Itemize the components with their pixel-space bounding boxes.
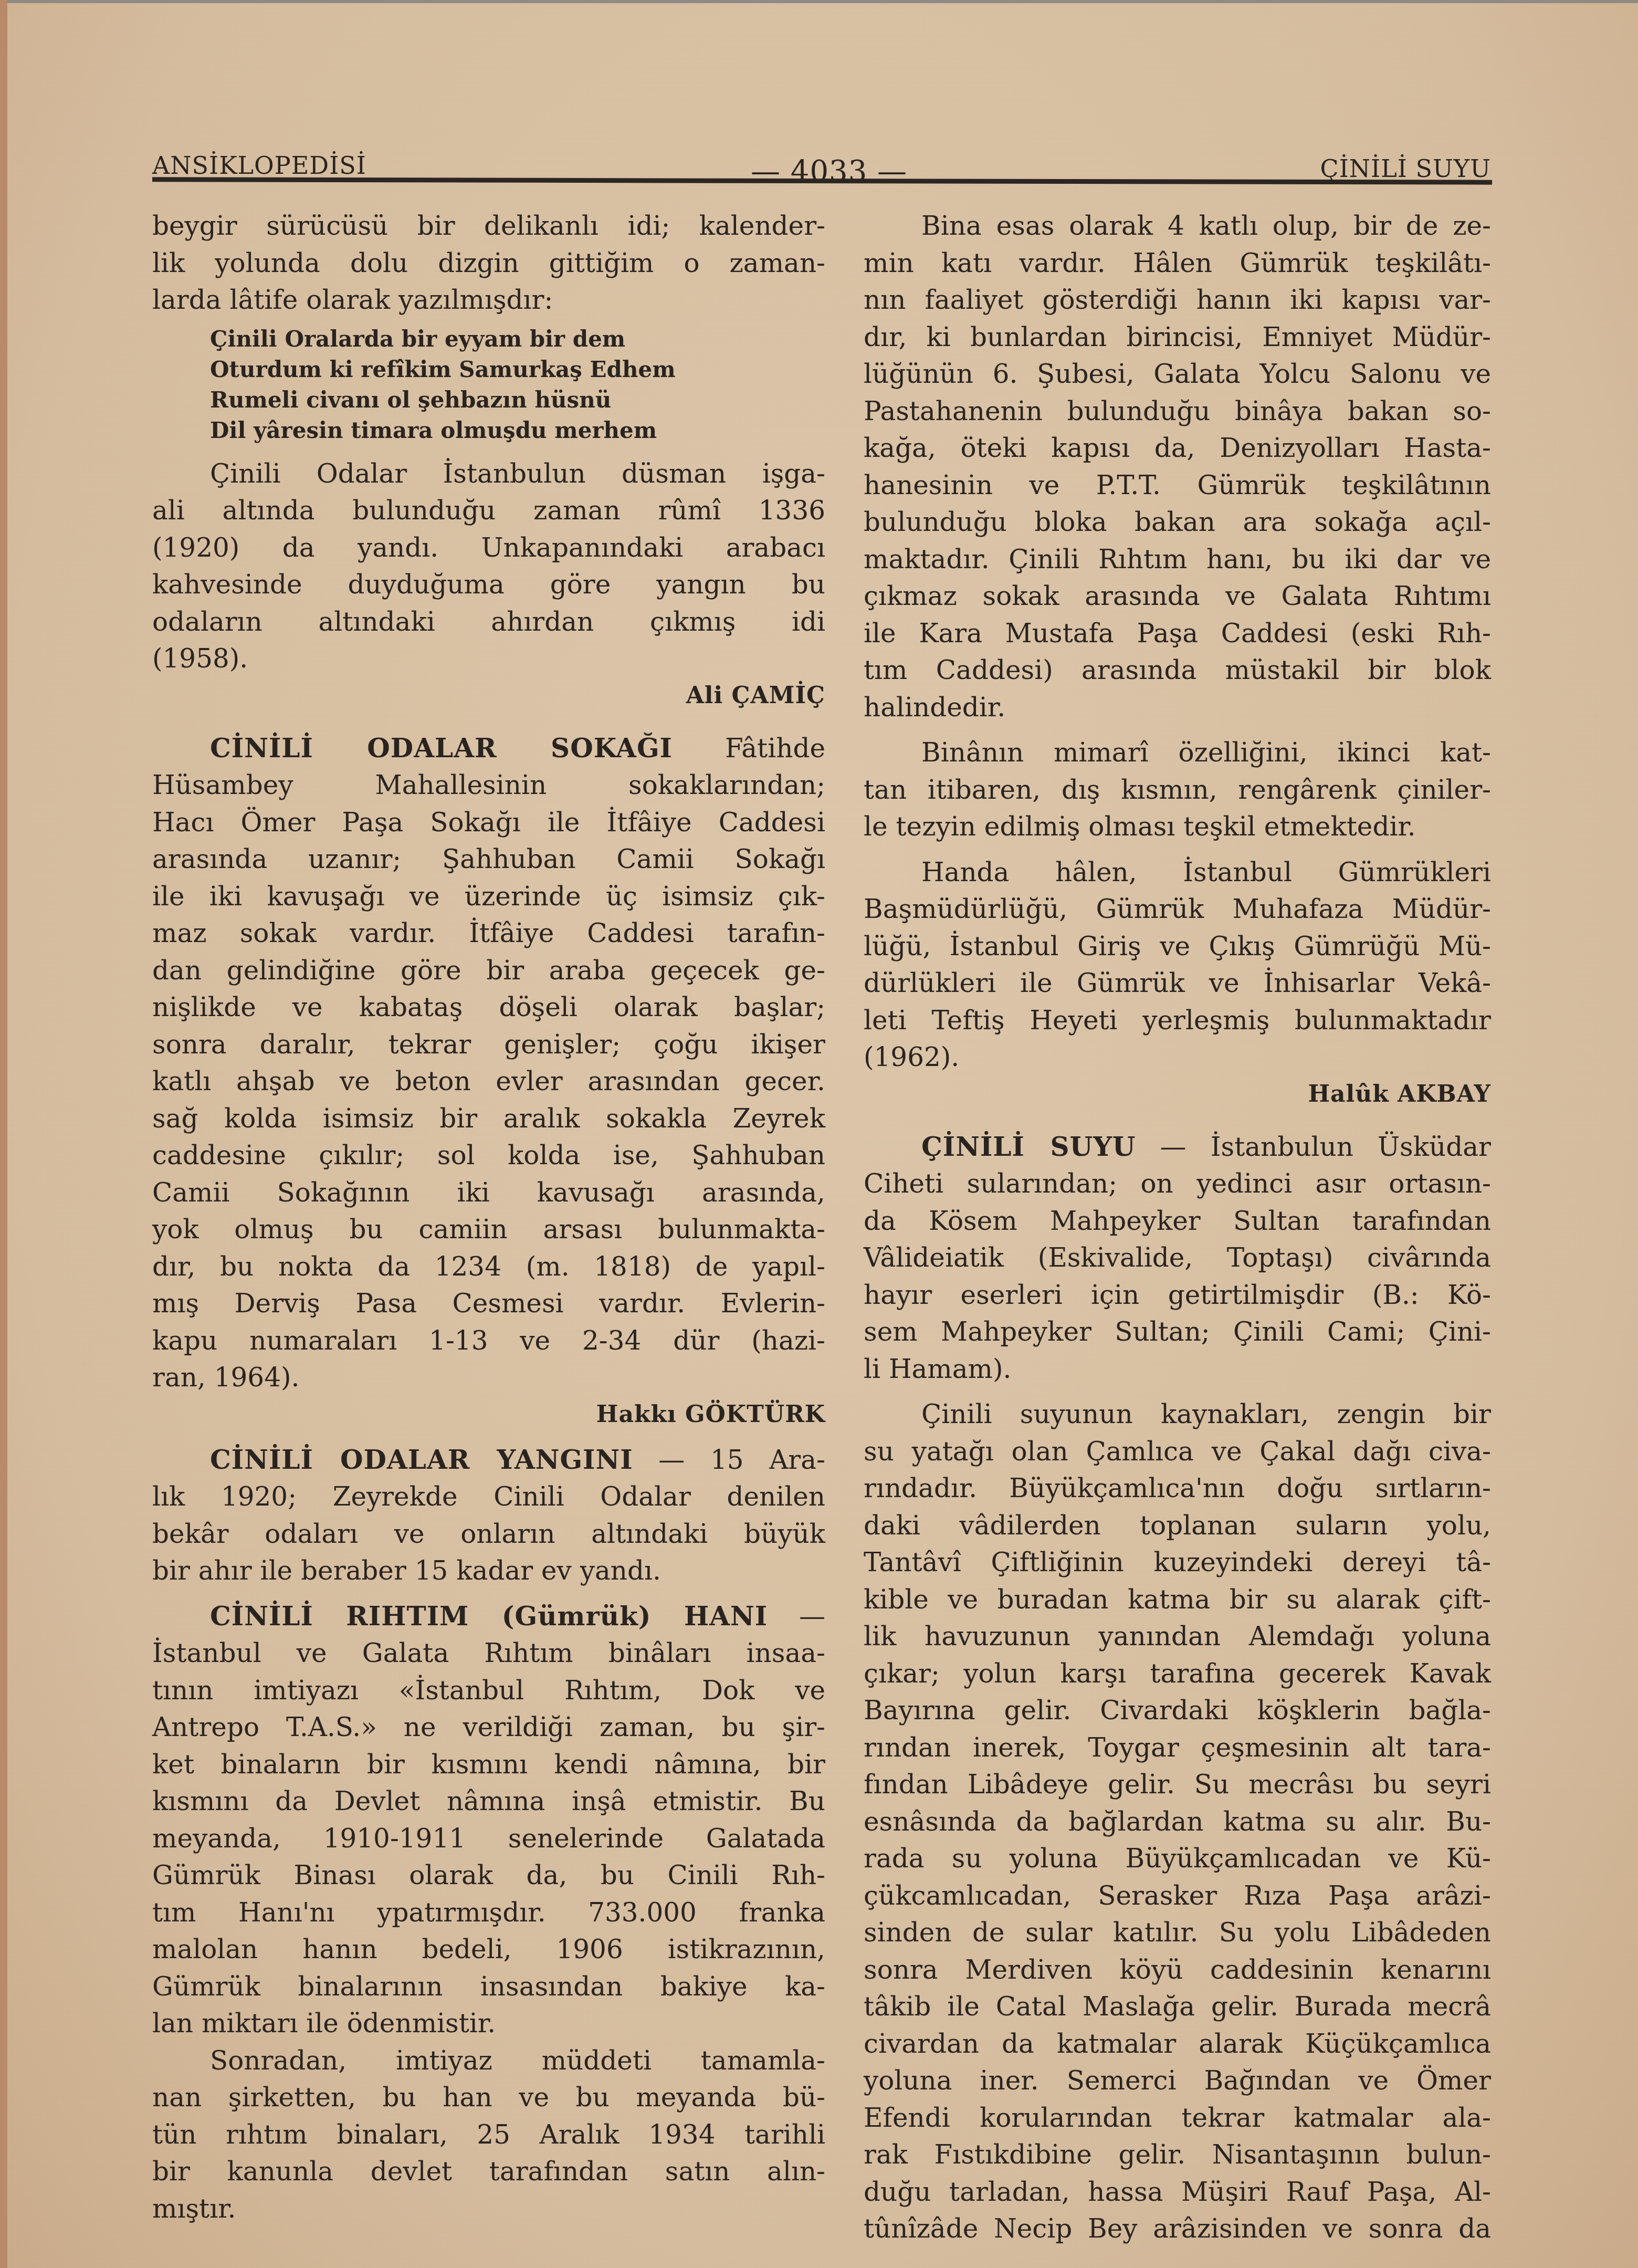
text-line: rından inerek, Toygar çeşmesinin alt tar… [864,1729,1491,1767]
page-number: — 4033 — [751,154,907,189]
text-line: leti Teftiş Heyeti yerleşmiş bulunmaktad… [864,1002,1491,1039]
text-line: İstanbul ve Galata Rıhtım binâları insaa… [152,1635,825,1672]
text-line: sinden de sular katılır. Su yolu Libâded… [864,1914,1491,1951]
entry-cinili-odalar-sokagi: CİNİLİ ODALAR SOKAĞI Fâtihde Hüsambey Ma… [152,730,825,1396]
header-publication-title: ANSİKLOPEDİSİ [152,151,366,180]
text-line: Çinili Odalar İstanbulun düsman işga- [152,455,825,493]
suyu-paragraph-2: Çinili suyunun kaynakları, zengin bir su… [864,1396,1491,2248]
verse-line: Oturdum ki refîkim Samurkaş Edhem [210,354,825,385]
text-line: kapu numaraları 1-13 ve 2-34 dür (hazi- [152,1322,825,1360]
text-line: bir ahır ile beraber 15 kadar ev yandı. [152,1552,825,1590]
text-fragment: — 15 Ara- [658,1445,825,1475]
text-line: ali altında bulunduğu zaman rûmî 1336 [152,492,825,529]
text-line: Başmüdürlüğü, Gümrük Muhafaza Müdür- [864,891,1491,928]
entry-headword: CİNİLİ RIHTIM (Gümrük) HANI [210,1601,768,1632]
text-line: kısmını da Devlet nâmına inşâ etmistir. … [152,1783,825,1820]
text-line: nın faaliyet gösterdiği hanın iki kapısı… [864,281,1491,319]
text-line: dan gelindiğine göre bir araba geçecek g… [152,952,825,989]
text-line: arasında uzanır; Şahhuban Camii Sokağı [152,841,825,878]
left-column: beygir sürücüsü bir delikanlı idi; kalen… [152,207,825,2227]
right-column: Bina esas olarak 4 katlı olup, bir de ze… [864,207,1491,2248]
text-line: li Hamam). [864,1351,1491,1388]
text-line: ile Kara Mustafa Paşa Caddesi (eski Rıh- [864,615,1491,652]
entry-cinili-suyu: ÇİNİLİ SUYU — İstanbulun Üsküdar Ciheti … [864,1128,1491,1388]
entry-first-line: CİNİLİ ODALAR YANGINI — 15 Ara- [152,1441,825,1479]
entry-headword: CİNİLİ ODALAR SOKAĞI [210,733,673,764]
entry-first-line: CİNİLİ ODALAR SOKAĞI Fâtihde [152,730,825,767]
entry-headword: ÇİNİLİ SUYU [921,1131,1136,1162]
text-line: rındadır. Büyükçamlıca'nın doğu sırtları… [864,1470,1491,1507]
text-line: (1920) da yandı. Unkapanındaki arabacı [152,529,825,567]
rihtim-paragraph-2: Sonradan, imtiyaz müddeti tamamla- nan ş… [152,2042,825,2228]
text-line: esnâsında da bağlardan katma su alır. Bu… [864,1803,1491,1841]
text-line: Hüsambey Mahallesinin sokaklarından; [152,767,825,804]
text-fragment: — [799,1601,825,1632]
text-line: ran, 1964). [152,1359,825,1396]
text-line: Tantâvî Çiftliğinin kuzeyindeki dereyi t… [864,1544,1491,1581]
text-line: Binânın mimarî özelliğini, ikinci kat- [864,734,1491,771]
text-line: Vâlideiatik (Eskivalide, Toptaşı) civârı… [864,1239,1491,1277]
text-line: min katı vardır. Hâlen Gümrük teşkilâtı- [864,245,1491,282]
entry-first-line: ÇİNİLİ SUYU — İstanbulun Üsküdar [864,1128,1491,1166]
entry-cinili-rihtim-hani: CİNİLİ RIHTIM (Gümrük) HANI — İstanbul v… [152,1598,825,2042]
text-line: civardan da katmalar alarak Küçükçamlıca [864,2025,1491,2063]
text-line: Antrepo T.A.S.» ne verildiği zaman, bu ş… [152,1709,825,1746]
text-line: Pastahanenin bulunduğu binâya bakan so- [864,393,1491,430]
text-line: Efendi korularından tekrar katmalar ala- [864,2099,1491,2137]
verse-line: Çinili Oralarda bir eyyam bir dem [210,324,825,354]
text-line: sem Mahpeyker Sultan; Çinili Cami; Çini- [864,1313,1491,1351]
text-line: ket binaların bir kısmını kendi nâmına, … [152,1746,825,1783]
intro-paragraph: beygir sürücüsü bir delikanlı idi; kalen… [152,207,825,319]
page-left-edge [0,0,7,2268]
text-line: Gümrük binalarının insasından bakiye ka- [152,1968,825,2005]
text-line: maz sokak vardır. İtfâiye Caddesi tarafı… [152,915,825,952]
text-line: Çinili suyunun kaynakları, zengin bir [864,1396,1491,1433]
page-top-edge [0,0,1638,3]
text-line: beygir sürücüsü bir delikanlı idi; kalen… [152,207,825,245]
text-line: kağa, öteki kapısı da, Denizyolları Hast… [864,430,1491,467]
text-line: yoluna iner. Semerci Bağından ve Ömer [864,2062,1491,2099]
author-signature: Halûk AKBAY [864,1076,1491,1113]
verse-line: Rumeli civanı ol şehbazın hüsnü [210,385,825,415]
text-line: yok olmuş bu camiin arsası bulunmakta- [152,1211,825,1248]
entry-first-line: CİNİLİ RIHTIM (Gümrük) HANI — [152,1598,825,1635]
text-line: halindedir. [864,689,1491,726]
text-line: Hacı Ömer Paşa Sokağı ile İtfâiye Caddes… [152,804,825,841]
text-line: larda lâtife olarak yazılmışdır: [152,281,825,319]
text-line: Handa hâlen, İstanbul Gümrükleri [864,854,1491,891]
text-line: çıkar; yolun karşı tarafına gecerek Kava… [864,1655,1491,1692]
text-line: tım Hanı'nı ypatırmışdır. 733.000 franka [152,1894,825,1931]
text-line: nan şirketten, bu han ve bu meyanda bü- [152,2079,825,2116]
text-line: ile iki kavuşağı ve üzerinde üç isimsiz … [152,878,825,915]
text-line: Camii Sokağının iki kavusağı arasında, [152,1174,825,1211]
text-line: lik havuzunun yanından Alemdağı yoluna [864,1618,1491,1655]
text-line: caddesine çıkılır; sol kolda ise, Şahhub… [152,1137,825,1174]
text-line: dır, ki bunlardan birincisi, Emniyet Müd… [864,319,1491,356]
text-line: çükcamlıcadan, Serasker Rıza Paşa arâzi- [864,1877,1491,1915]
text-line: dürlükleri ile Gümrük ve İnhisarlar Vekâ… [864,965,1491,1002]
text-line: kible ve buradan katma bir su alarak çif… [864,1581,1491,1618]
text-line: lan miktarı ile ödenmistir. [152,2005,825,2042]
text-line: maktadır. Çinili Rıhtım hanı, bu iki dar… [864,541,1491,578]
text-line: bir kanunla devlet tarafından satın alın… [152,2153,825,2190]
text-line: rak Fıstıkdibine gelir. Nisantaşının bul… [864,2136,1491,2173]
text-line: kahvesinde duyduğuma göre yangın bu [152,566,825,603]
text-line: hayır eserleri için getirtilmişdir (B.: … [864,1277,1491,1314]
text-line: tının imtiyazı «İstanbul Rıhtım, Dok ve [152,1672,825,1709]
text-line: fından Libâdeye gelir. Su mecrâsı bu sey… [864,1766,1491,1803]
text-fragment: Fâtihde [725,733,825,764]
author-signature: Ali ÇAMİÇ [152,677,825,714]
rihtim-continuation-paragraph-2: Binânın mimarî özelliğini, ikinci kat- t… [864,734,1491,845]
text-line: nişlikde ve kabataş döşeli olarak başlar… [152,989,825,1026]
text-line: daki vâdilerden toplanan suların yolu, [864,1507,1491,1544]
text-line: malolan hanın bedeli, 1906 istikrazının, [152,1931,825,1968]
text-line: (1962). [864,1039,1491,1076]
text-line: lüğü, İstanbul Giriş ve Çıkış Gümrüğü Mü… [864,928,1491,965]
text-line: (1958). [152,640,825,677]
text-line: katlı ahşab ve beton evler arasından gec… [152,1063,825,1100]
header-entry-range: ÇİNİLİ SUYU [1320,154,1491,183]
text-line: mış Derviş Pasa Cesmesi vardır. Evlerin- [152,1285,825,1322]
text-line: rada su yoluna Büyükçamlıcadan ve Kü- [864,1840,1491,1877]
text-line: le tezyin edilmiş olması teşkil etmekted… [864,808,1491,845]
text-line: lık 1920; Zeyrekde Cinili Odalar denilen [152,1478,825,1516]
verse-quote: Çinili Oralarda bir eyyam bir dem Oturdu… [152,324,825,446]
text-line: tım Caddesi) arasında müstakil bir blok [864,652,1491,689]
text-line: lik yolunda dolu dizgin gittiğim o zaman… [152,245,825,282]
rihtim-continuation-paragraph-1: Bina esas olarak 4 katlı olup, bir de ze… [864,207,1491,726]
verse-line: Dil yâresin timara olmuşdu merhem [210,415,825,446]
text-line: bekâr odaları ve onların altındaki büyük [152,1516,825,1553]
entry-cinili-odalar-yangini: CİNİLİ ODALAR YANGINI — 15 Ara- lık 1920… [152,1441,825,1590]
text-line: su yatağı olan Çamlıca ve Çakal dağı civ… [864,1433,1491,1470]
text-line: Gümrük Binası olarak da, bu Cinili Rıh- [152,1857,825,1894]
text-line: Ciheti sularından; on yedinci asır ortas… [864,1165,1491,1203]
entry-headword: CİNİLİ ODALAR YANGINI [210,1444,633,1475]
text-line: tün rıhtım binaları, 25 Aralık 1934 tari… [152,2116,825,2154]
text-line: sonra daralır, tekrar genişler; çoğu iki… [152,1026,825,1063]
rihtim-continuation-paragraph-3: Handa hâlen, İstanbul Gümrükleri Başmüdü… [864,854,1491,1076]
text-line: mıştır. [152,2190,825,2228]
text-line: meyanda, 1910-1911 senelerinde Galatada [152,1820,825,1857]
text-line: da Kösem Mahpeyker Sultan tarafından [864,1203,1491,1240]
text-line: çıkmaz sokak arasında ve Galata Rıhtımı [864,578,1491,615]
fire-note-paragraph: Çinili Odalar İstanbulun düsman işga- al… [152,455,825,677]
text-line: lüğünün 6. Şubesi, Galata Yolcu Salonu v… [864,356,1491,393]
text-line: duğu tarladan, hassa Müşiri Rauf Paşa, A… [864,2173,1491,2211]
text-line: dır, bu nokta da 1234 (m. 1818) de yapıl… [152,1248,825,1285]
text-line: sonra Merdiven köyü caddesinin kenarını [864,1951,1491,1989]
text-line: sağ kolda isimsiz bir aralık sokakla Zey… [152,1100,825,1137]
text-line: tûnîzâde Necip Bey arâzisinden ve sonra … [864,2210,1491,2248]
text-line: odaların altındaki ahırdan çıkmış idi [152,603,825,641]
text-fragment: — İstanbulun Üsküdar [1160,1132,1491,1162]
text-line: Bina esas olarak 4 katlı olup, bir de ze… [864,207,1491,245]
text-line: tan itibaren, dış kısmın, rengârenk çini… [864,771,1491,809]
text-line: tâkib ile Catal Maslağa gelir. Burada me… [864,1988,1491,2025]
text-line: hanesinin ve P.T.T. Gümrük teşkilâtının [864,467,1491,504]
text-line: Bayırına gelir. Civardaki köşklerin bağl… [864,1692,1491,1729]
text-line: bulunduğu bloka bakan ara sokağa açıl- [864,504,1491,541]
text-line: Sonradan, imtiyaz müddeti tamamla- [152,2042,825,2079]
author-signature: Hakkı GÖKTÜRK [152,1396,825,1433]
